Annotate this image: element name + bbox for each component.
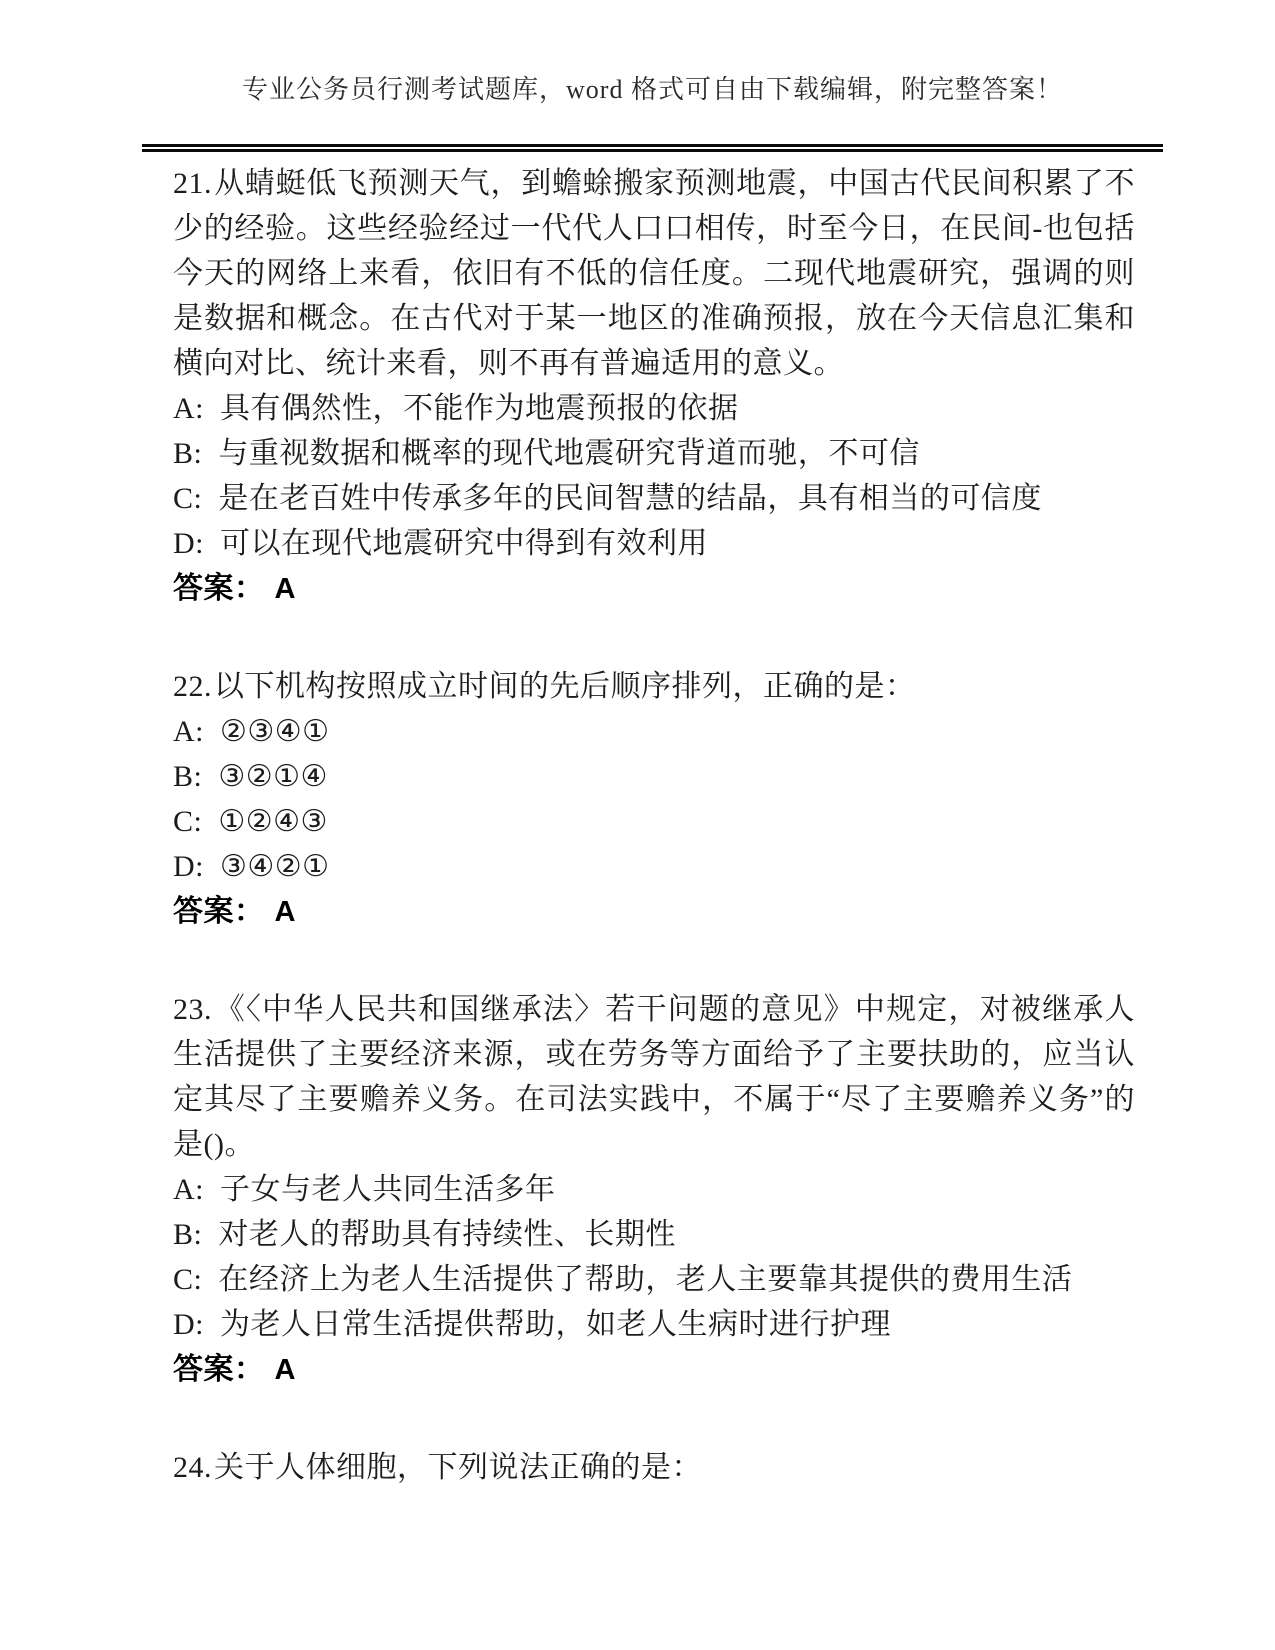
question-stem: 22.以下机构按照成立时间的先后顺序排列，正确的是： bbox=[173, 664, 1135, 709]
document-body: 21.从蜻蜓低飞预测天气，到蟾蜍搬家预测地震，中国古代民间积累了不少的经验。这些… bbox=[173, 161, 1135, 1490]
question-number: 21. bbox=[173, 167, 212, 200]
option-a: A:具有偶然性，不能作为地震预报的依据 bbox=[173, 386, 1135, 431]
option-text: 具有偶然性，不能作为地震预报的依据 bbox=[220, 392, 739, 425]
option-text: 子女与老人共同生活多年 bbox=[220, 1173, 556, 1206]
question-number: 23. bbox=[173, 993, 212, 1026]
option-c: C:在经济上为老人生活提供了帮助，老人主要靠其提供的费用生活 bbox=[173, 1257, 1135, 1302]
question-stem: 21.从蜻蜓低飞预测天气，到蟾蜍搬家预测地震，中国古代民间积累了不少的经验。这些… bbox=[173, 161, 1135, 386]
option-a: A:②③④① bbox=[173, 709, 1135, 754]
question-stem: 23.《〈中华人民共和国继承法〉若干问题的意见》中规定，对被继承人生活提供了主要… bbox=[173, 987, 1135, 1167]
option-label: A: bbox=[173, 392, 204, 425]
question-text: 以下机构按照成立时间的先后顺序排列，正确的是： bbox=[214, 670, 916, 703]
option-c: C:①②④③ bbox=[173, 799, 1135, 844]
option-text: 是在老百姓中传承多年的民间智慧的结晶，具有相当的可信度 bbox=[218, 482, 1042, 515]
question-23: 23.《〈中华人民共和国继承法〉若干问题的意见》中规定，对被继承人生活提供了主要… bbox=[173, 987, 1135, 1393]
document-page: 专业公务员行测考试题库，word 格式可自由下载编辑，附完整答案！ 21.从蜻蜓… bbox=[0, 0, 1275, 1650]
answer-label: 答案： bbox=[173, 572, 265, 605]
question-24: 24.关于人体细胞，下列说法正确的是： bbox=[173, 1445, 1135, 1490]
option-label: B: bbox=[173, 437, 202, 470]
option-d: D:③④②① bbox=[173, 844, 1135, 889]
option-b: B:对老人的帮助具有持续性、长期性 bbox=[173, 1212, 1135, 1257]
option-text: ③②①④ bbox=[218, 760, 328, 793]
option-text: ②③④① bbox=[220, 715, 330, 748]
option-a: A:子女与老人共同生活多年 bbox=[173, 1167, 1135, 1212]
question-number: 24. bbox=[173, 1451, 212, 1484]
header-note: 专业公务员行测考试题库，word 格式可自由下载编辑，附完整答案！ bbox=[142, 0, 1163, 106]
option-text: 在经济上为老人生活提供了帮助，老人主要靠其提供的费用生活 bbox=[218, 1263, 1072, 1296]
option-label: D: bbox=[173, 1308, 204, 1341]
option-text: 可以在现代地震研究中得到有效利用 bbox=[220, 527, 708, 560]
answer-label: 答案： bbox=[173, 895, 265, 928]
option-label: C: bbox=[173, 1263, 202, 1296]
option-d: D:可以在现代地震研究中得到有效利用 bbox=[173, 521, 1135, 566]
question-stem: 24.关于人体细胞，下列说法正确的是： bbox=[173, 1445, 1135, 1490]
option-text: 对老人的帮助具有持续性、长期性 bbox=[218, 1218, 676, 1251]
option-text: ③④②① bbox=[220, 850, 330, 883]
answer-label: 答案： bbox=[173, 1353, 265, 1386]
question-number: 22. bbox=[173, 670, 212, 703]
answer-line: 答案：A bbox=[173, 566, 1135, 612]
option-label: D: bbox=[173, 850, 204, 883]
question-21: 21.从蜻蜓低飞预测天气，到蟾蜍搬家预测地震，中国古代民间积累了不少的经验。这些… bbox=[173, 161, 1135, 612]
option-label: B: bbox=[173, 1218, 202, 1251]
question-text: 关于人体细胞，下列说法正确的是： bbox=[214, 1451, 702, 1484]
option-d: D:为老人日常生活提供帮助，如老人生病时进行护理 bbox=[173, 1302, 1135, 1347]
question-22: 22.以下机构按照成立时间的先后顺序排列，正确的是： A:②③④① B:③②①④… bbox=[173, 664, 1135, 935]
answer-value: A bbox=[275, 896, 296, 928]
option-label: B: bbox=[173, 760, 202, 793]
option-label: D: bbox=[173, 527, 204, 560]
answer-line: 答案：A bbox=[173, 1347, 1135, 1393]
question-text: 《〈中华人民共和国继承法〉若干问题的意见》中规定，对被继承人生活提供了主要经济来… bbox=[173, 993, 1135, 1161]
question-text: 从蜻蜓低飞预测天气，到蟾蜍搬家预测地震，中国古代民间积累了不少的经验。这些经验经… bbox=[173, 167, 1135, 380]
answer-value: A bbox=[275, 1354, 296, 1386]
option-label: A: bbox=[173, 715, 204, 748]
option-label: C: bbox=[173, 805, 202, 838]
answer-value: A bbox=[275, 573, 296, 605]
option-b: B:③②①④ bbox=[173, 754, 1135, 799]
header-divider bbox=[142, 144, 1163, 152]
option-c: C:是在老百姓中传承多年的民间智慧的结晶，具有相当的可信度 bbox=[173, 476, 1135, 521]
option-label: A: bbox=[173, 1173, 204, 1206]
option-text: ①②④③ bbox=[218, 805, 328, 838]
option-text: 为老人日常生活提供帮助，如老人生病时进行护理 bbox=[220, 1308, 891, 1341]
answer-line: 答案：A bbox=[173, 889, 1135, 935]
option-label: C: bbox=[173, 482, 202, 515]
option-b: B:与重视数据和概率的现代地震研究背道而驰，不可信 bbox=[173, 431, 1135, 476]
option-text: 与重视数据和概率的现代地震研究背道而驰，不可信 bbox=[218, 437, 920, 470]
